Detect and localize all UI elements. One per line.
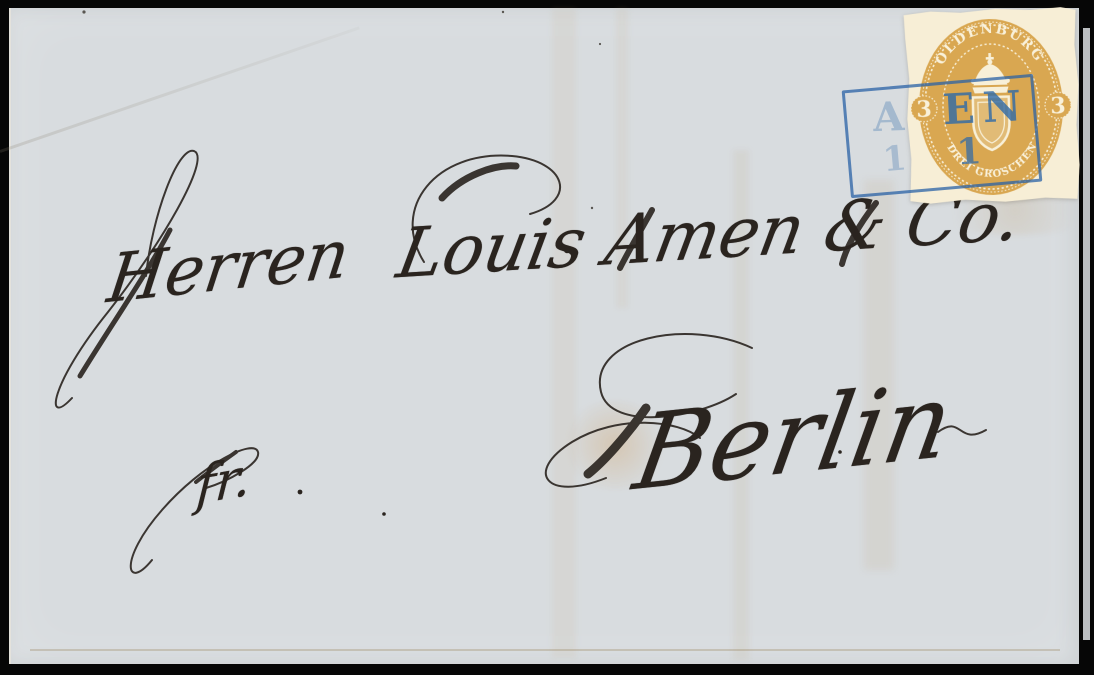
- postmark-date-numeral: 1: [955, 130, 982, 173]
- stamp-numeral-right: 3: [1050, 93, 1066, 119]
- pen-flourish: [56, 151, 198, 408]
- postmark-faint-letter: A: [872, 93, 905, 141]
- ink-dots: [298, 247, 842, 516]
- postmark-faint-numeral: 1: [881, 138, 908, 180]
- paper-specks: [82, 10, 601, 209]
- pen-flourish: [938, 426, 986, 434]
- photo-frame: Herren Louis Amen & Co. Berlin fr.: [0, 0, 1094, 675]
- pen-flourish: [131, 448, 258, 573]
- pen-flourish: [588, 408, 646, 474]
- pen-flourish: [842, 203, 876, 264]
- postmark-box: A EN 1 1: [842, 74, 1043, 198]
- pen-flourish: [620, 210, 652, 268]
- pen-flourish: [600, 334, 752, 417]
- pen-flourish: [80, 230, 170, 376]
- postmark-letters: EN: [941, 81, 1030, 134]
- pen-flourish: [442, 166, 516, 198]
